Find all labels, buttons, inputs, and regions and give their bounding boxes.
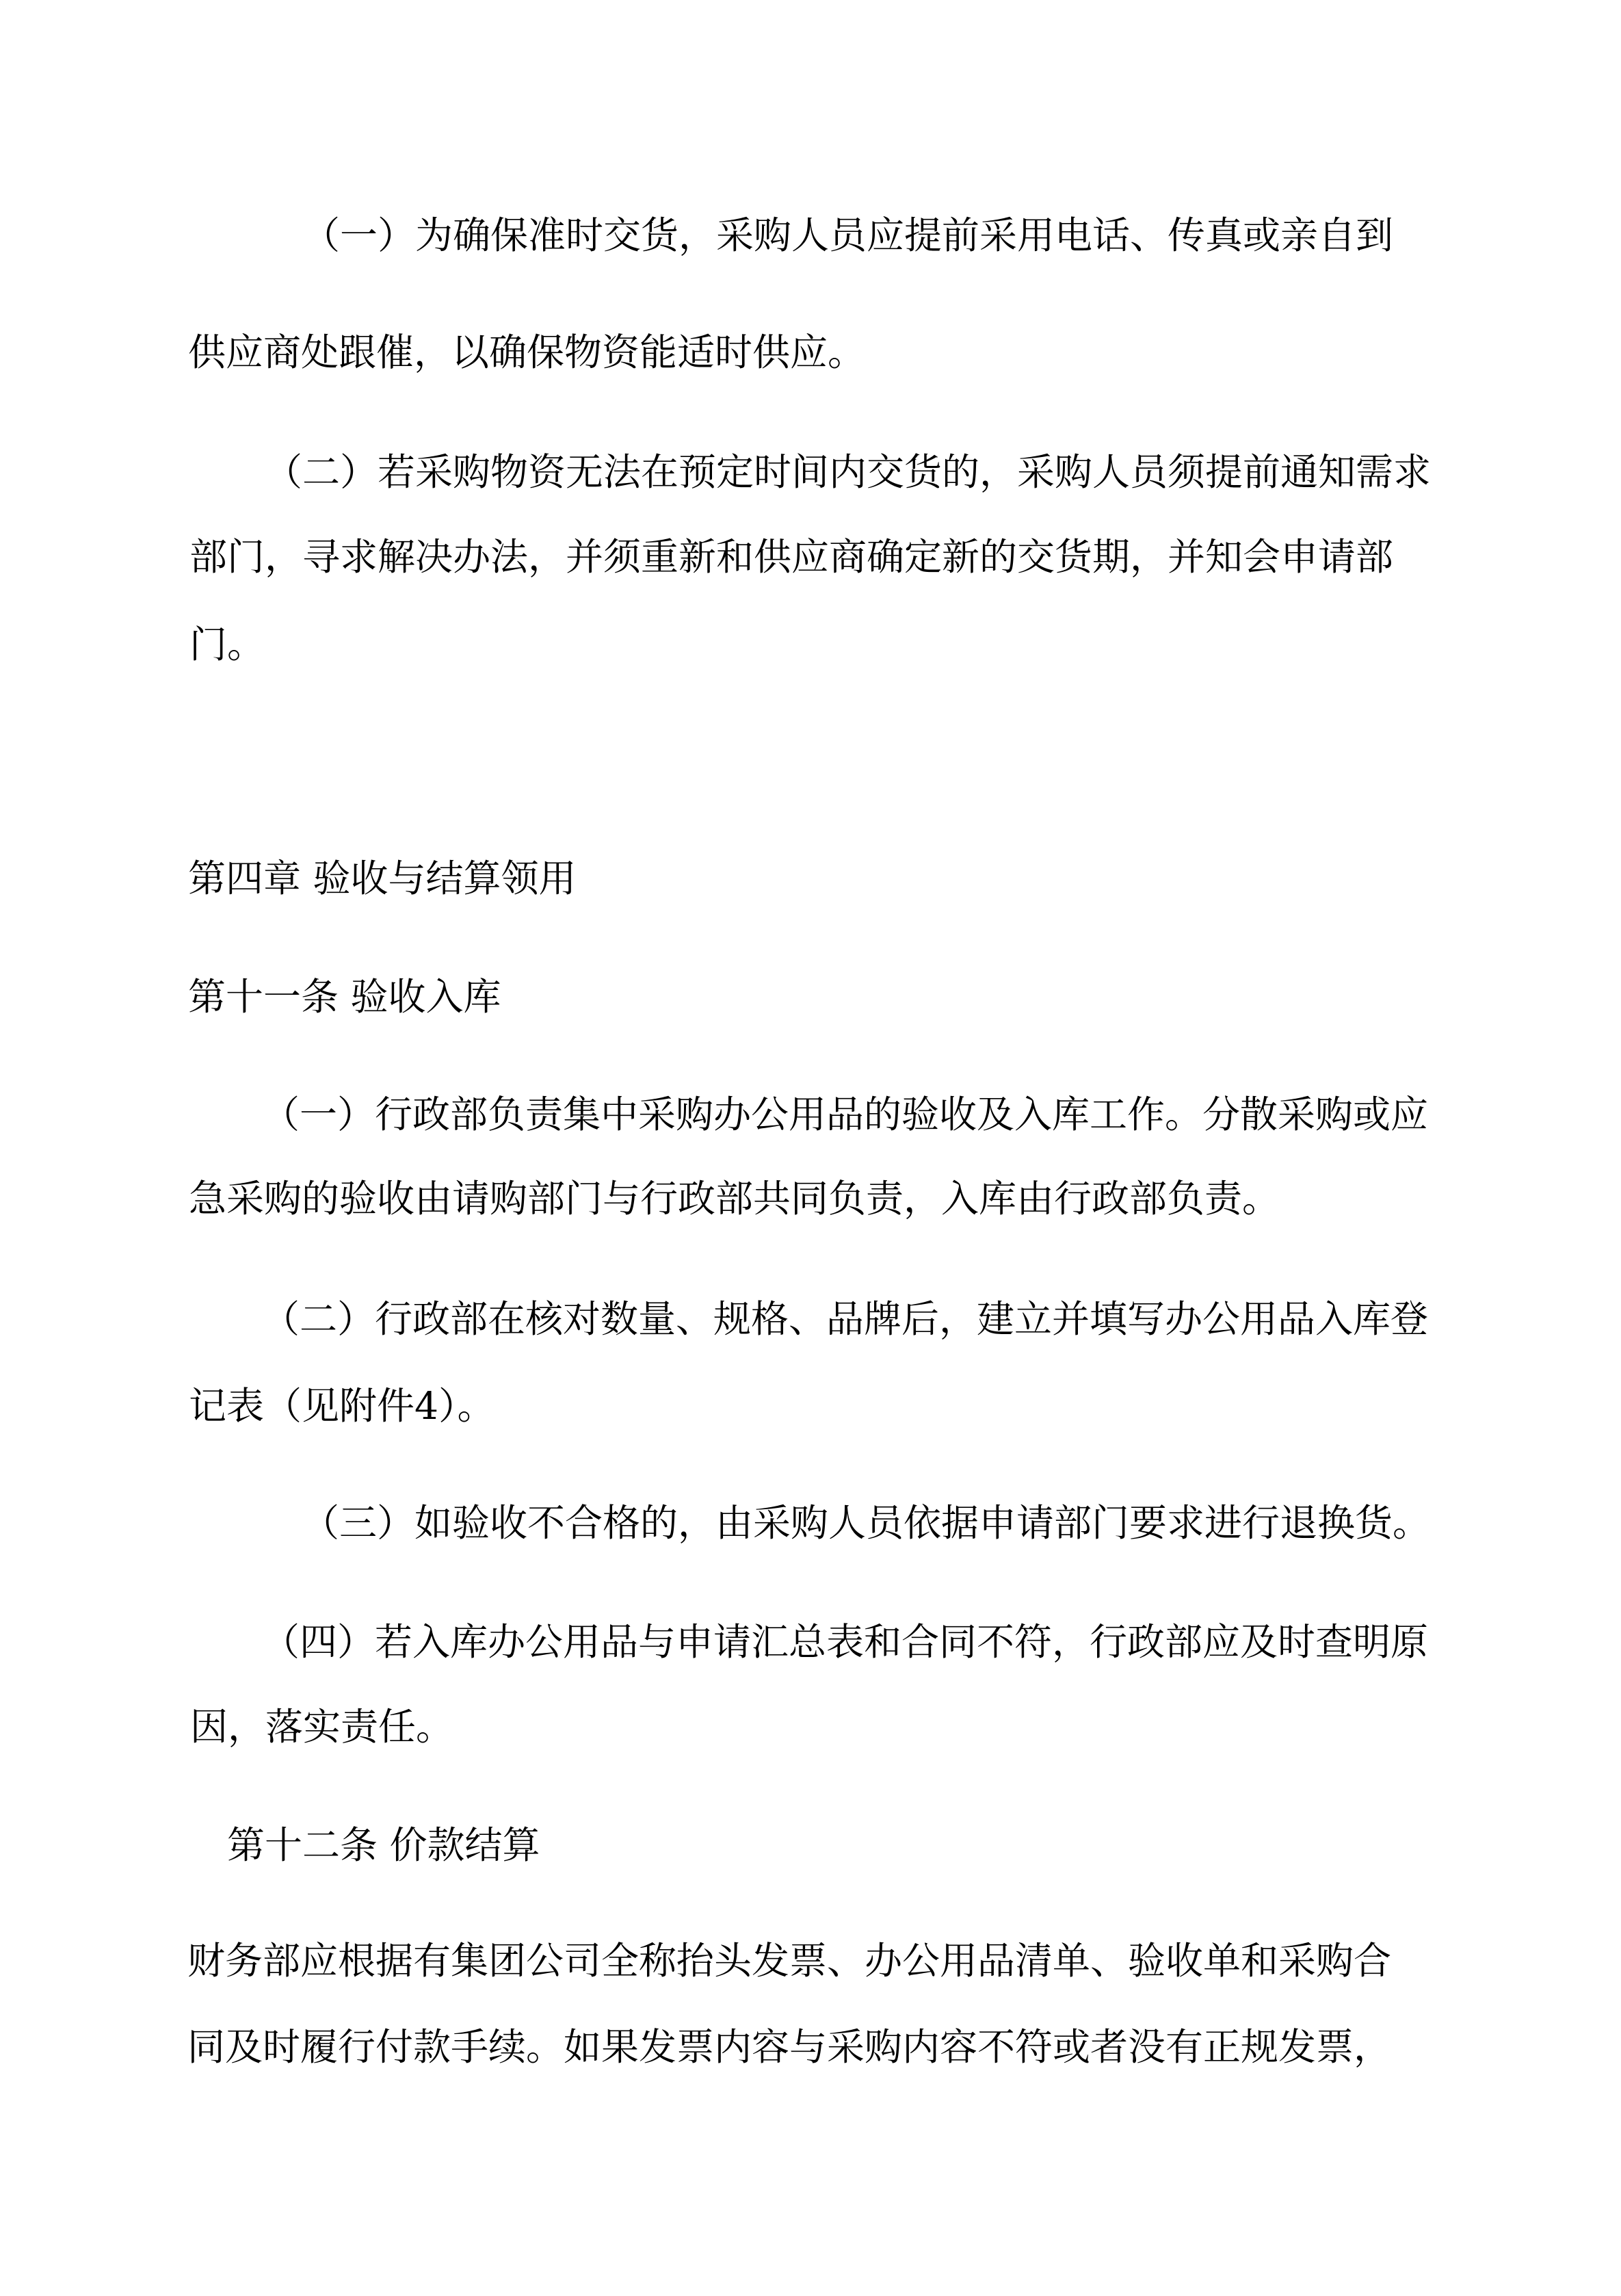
text-line: 记表（见附件4）。 xyxy=(189,1387,495,1425)
text-line: （四）若入库办公用品与申请汇总表和合同不符，行政部应及时查明原 xyxy=(262,1623,1428,1661)
text-line: （二）若采购物资无法在预定时间内交货的，采购人员须提前通知需求 xyxy=(265,454,1431,491)
text-line: （一）行政部负责集中采购办公用品的验收及入库工作。分散采购或应 xyxy=(262,1096,1428,1134)
text-line: 财务部应根据有集团公司全称抬头发票、办公用品清单、验收单和采购合 xyxy=(187,1942,1391,1980)
text-line: 门。 xyxy=(189,626,265,664)
text-line: （三）如验收不合格的，由采购人员依据申请部门要求进行退换货。 xyxy=(302,1504,1430,1542)
text-line: 同及时履行付款手续。如果发票内容与采购内容不符或者没有正规发票， xyxy=(187,2028,1391,2066)
chapter-heading: 第四章 验收与结算领用 xyxy=(188,860,576,898)
text-line: 部门，寻求解决办法，并须重新和供应商确定新的交货期，并知会申请部 xyxy=(189,538,1393,576)
text-line: 供应商处跟催，以确保物资能适时供应。 xyxy=(188,334,865,371)
text-line: （二）行政部在核对数量、规格、品牌后，建立并填写办公用品入库登 xyxy=(262,1301,1428,1338)
article-heading: 第十一条 验收入库 xyxy=(188,978,501,1016)
document-page: （一）为确保准时交货，采购人员应提前采用电话、传真或亲自到 供应商处跟催，以确保… xyxy=(0,0,1621,2296)
text-line: 急采购的验收由请购部门与行政部共同负责，入库由行政部负责。 xyxy=(189,1180,1280,1218)
text-line: （一）为确保准时交货，采购人员应提前采用电话、传真或亲自到 xyxy=(302,217,1393,255)
text-line: 因，落实责任。 xyxy=(190,1708,453,1746)
article-heading: 第十二条 价款结算 xyxy=(227,1827,540,1864)
